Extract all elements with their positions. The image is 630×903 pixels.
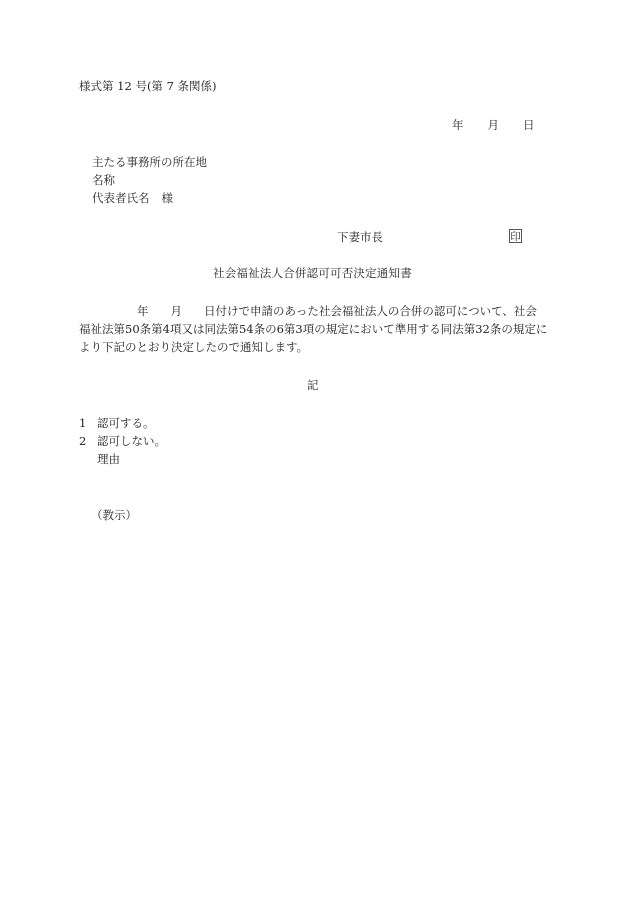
addressee-name-label: 名称 [92, 175, 115, 187]
reason-label: 理由 [97, 454, 120, 466]
body-line-2: 福祉法第50条第4項又は同法第54条の6第3項の規定において準用する同法第32条… [79, 324, 547, 336]
item-text: 認可しない。 [97, 434, 166, 448]
document-title: 社会福祉法人合併認可可否決定通知書 [213, 268, 412, 280]
date-month-label: 月 [488, 120, 500, 132]
issuer-title: 下妻市長 [337, 232, 383, 244]
decision-item: 1認可する。 [79, 418, 155, 430]
item-text: 認可する。 [97, 416, 155, 430]
representative-label: 代表者氏名 [92, 191, 150, 205]
body-line-3: より下記のとおり決定したので通知します。 [79, 342, 308, 354]
body-line-1: 年月日付けで申請のあった社会福祉法人の合併の認可について、社会 [137, 306, 537, 318]
item-number: 2 [79, 436, 97, 448]
body-line-1-text: 日付けで申請のあった社会福祉法人の合併の認可について、社会 [204, 304, 537, 318]
date-year-label: 年 [452, 120, 464, 132]
addressee-representative: 代表者氏名様 [92, 193, 173, 205]
ki-heading: 記 [307, 380, 319, 392]
date-line: 年月日 [452, 120, 535, 132]
date-day-label: 日 [523, 120, 535, 132]
form-number: 様式第 12 号(第 7 条関係) [79, 81, 217, 93]
seal-icon: 印 [509, 229, 522, 243]
item-number: 1 [79, 418, 97, 430]
instruction-label: （教示） [91, 510, 137, 522]
body-year-label: 年 [137, 304, 149, 318]
addressee-address-label: 主たる事務所の所在地 [92, 157, 207, 169]
decision-item: 2認可しない。 [79, 436, 166, 448]
body-month-label: 月 [171, 304, 183, 318]
honorific: 様 [162, 191, 174, 205]
